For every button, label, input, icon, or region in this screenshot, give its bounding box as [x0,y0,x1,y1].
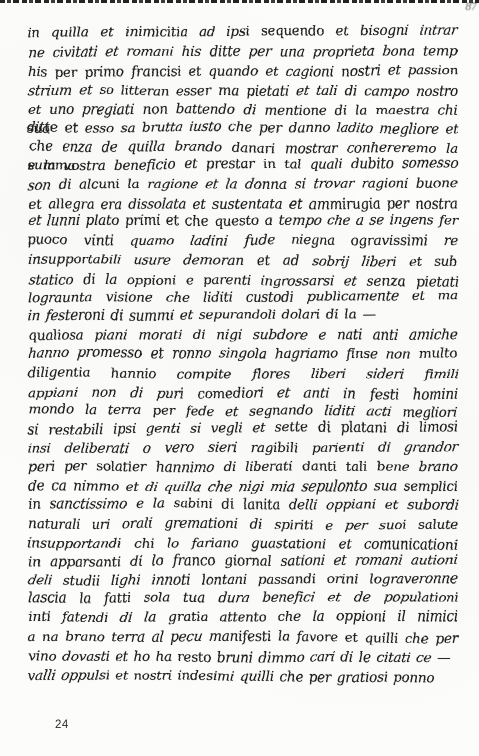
handwriting-line: qualiosa piani morati di nigi subdore e … [28,325,458,345]
handwriting-line: ditte et esso sa brutta iusto che per da… [28,118,458,139]
handwriting-line: in apparsanti di lo franco giornal satio… [28,550,458,572]
handwriting-line: hanno promesso et ronno singola hagriamo… [28,345,458,364]
handwriting-line: insupportabili usure demoran et ad sobri… [28,251,458,272]
handwriting-block: in quilla et inimicitia ad ipsi sequendo… [28,25,458,685]
handwriting-line: in festeroni di summi et sepurandoli dol… [28,305,458,326]
handwriting-line: peri per solatier hannimo di liberati da… [28,458,458,478]
handwriting-line: insi deliberati o vero sieri ragibili pa… [28,438,458,459]
handwriting-line: diligentia hannio compite flores liberi … [28,365,458,385]
handwriting-line: strium et so litteran esser ma pietati e… [28,82,458,101]
handwriting-line: et allegra era dissolata et sustentata e… [28,194,458,214]
handwriting-line: in quilla et inimicitia ad ipsi sequendo… [28,21,458,43]
handwriting-line: de ca nimmo et di quilla che nigi mia se… [28,478,458,497]
handwriting-line: vino dovasti et ho ha resto bruni dimmo … [28,647,458,668]
handwriting-line: son di alcuni la ragione et la donna si … [28,174,458,195]
handwriting-line: a na brano terra al pecu manifesti la fa… [28,628,458,648]
manuscript-page: 87 in quilla et inimicitia ad ipsi seque… [0,0,479,756]
handwriting-line: et lunni plato primi et che questo a tem… [28,213,458,232]
handwriting-line: ne civitati et romani his ditte per una … [28,42,458,63]
handwriting-line: e la vostra beneficio et prestar in tal … [28,154,458,176]
handwriting-line: si restabili ipsi genti si vegli et sett… [28,418,458,440]
folio-number: 87 [465,2,476,13]
scan-edge-dotted-line [0,0,479,3]
handwriting-line: naturali uri orali gremationi di spiriti… [28,515,458,536]
handwriting-line: puoco vinti quamo ladini fude niegna ogr… [28,232,458,252]
handwriting-line: inti fatendi di la gratia attento che la… [28,609,458,628]
handwriting-line: his per primo francisi et quando et cagi… [28,62,458,82]
handwriting-line: valli oppulsi et nostri indesimi quilli … [28,666,458,688]
handwriting-line: lascia la fatti sola tua dura benefici e… [28,589,458,609]
handwriting-line: in sanctissimo e la sabini di lanita del… [28,495,458,515]
page-number: 24 [55,719,69,731]
